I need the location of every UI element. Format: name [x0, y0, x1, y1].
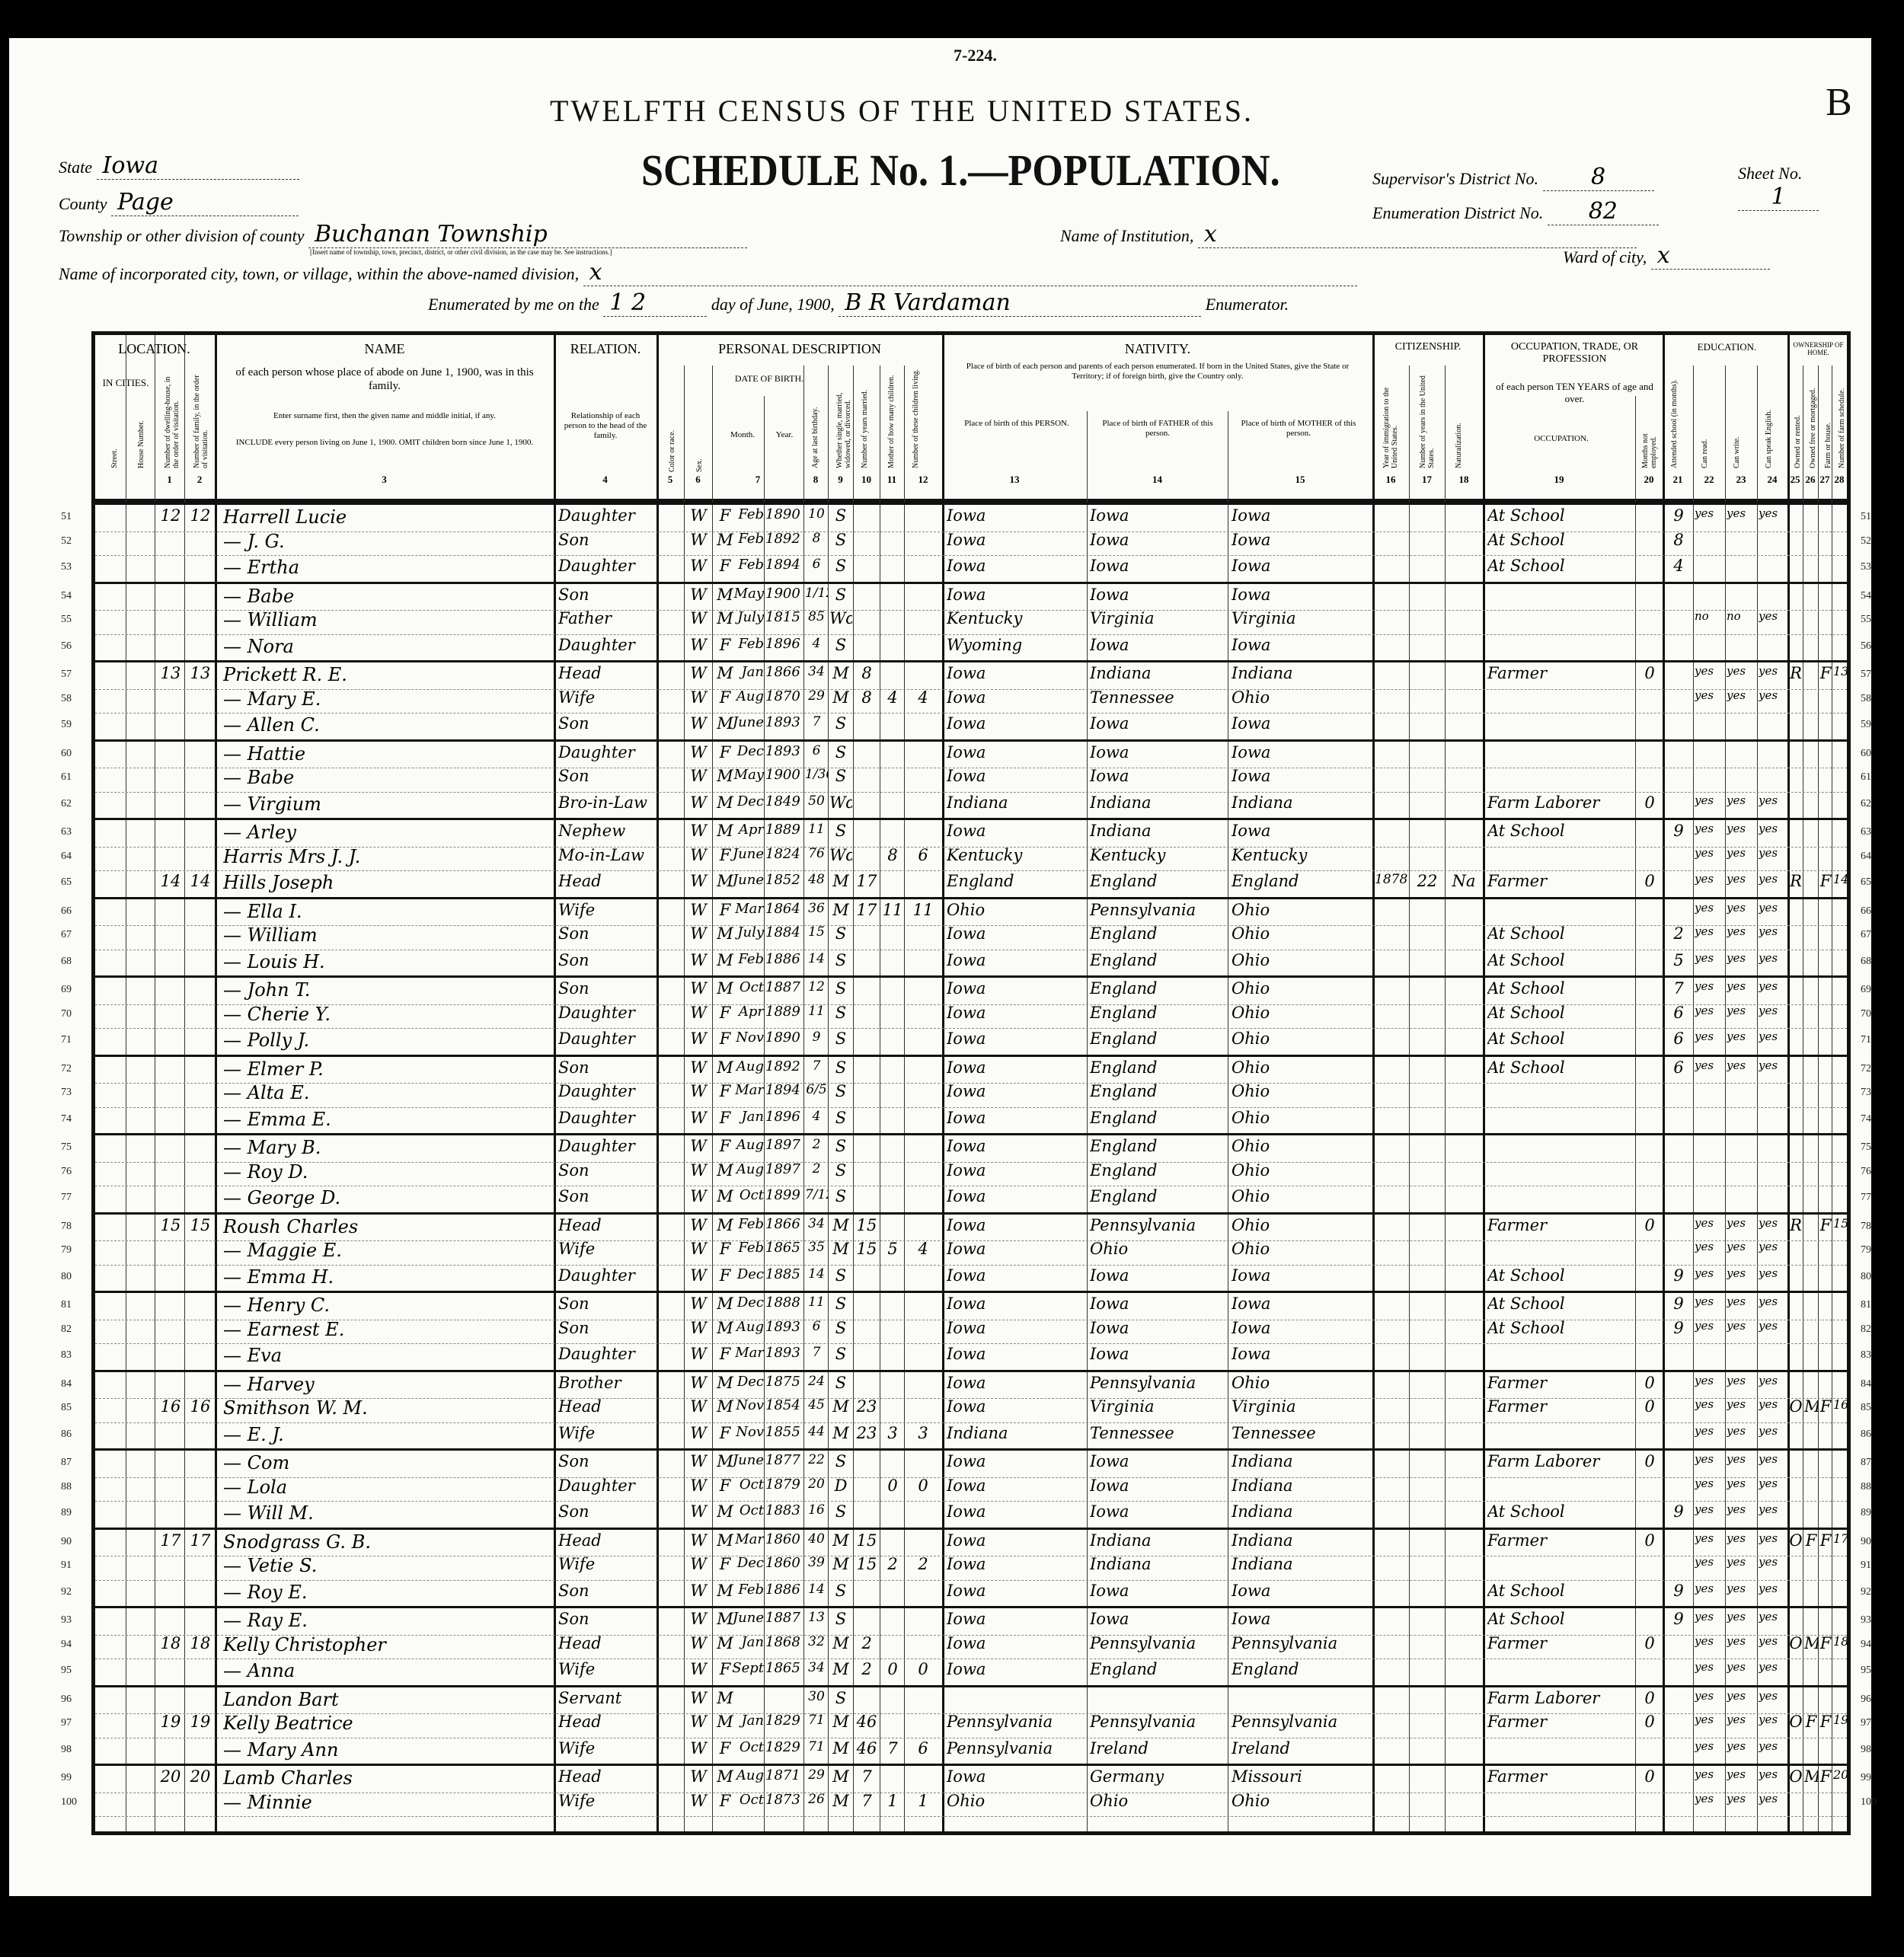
table-row: 53 — Ertha Daughter W F Feb 1894 6 S Iow…	[95, 555, 1847, 583]
birthplace-mother: Indiana	[1232, 1477, 1372, 1495]
birthplace-father: Iowa	[1090, 586, 1227, 604]
can-speak: yes	[1759, 1792, 1787, 1805]
birthplace-person: Iowa	[947, 586, 1085, 604]
column-number: 28	[1832, 474, 1847, 486]
birthplace-father: England	[1090, 872, 1227, 890]
table-row: 93 — Ray E. Son W M June 1887 13 S Iowa …	[95, 1606, 1847, 1636]
years-married: 23	[855, 1397, 879, 1416]
birthplace-person: Iowa	[947, 1295, 1085, 1313]
table-header: LOCATION. IN CITIES. Street. House Numbe…	[95, 335, 1847, 503]
birthplace-father: Pennsylvania	[1090, 1216, 1227, 1234]
children-born: 3	[881, 1424, 904, 1442]
line-number-right: 96	[1861, 1694, 1871, 1706]
can-speak: yes	[1759, 872, 1787, 886]
color: W	[685, 1555, 711, 1573]
color: W	[685, 1792, 711, 1810]
relation: Son	[558, 1295, 656, 1313]
person-name: — Emma H.	[223, 1266, 551, 1288]
relation: Wife	[558, 1424, 656, 1442]
can-speak: yes	[1759, 1397, 1787, 1411]
column-number: 8	[803, 474, 828, 486]
dwelling-number: 19	[158, 1713, 184, 1731]
birth-year: 1894	[765, 1082, 803, 1098]
can-write: yes	[1727, 1216, 1757, 1230]
birthplace-person: Iowa	[947, 1374, 1085, 1392]
color: W	[685, 743, 711, 761]
marital-status: S	[829, 1266, 852, 1285]
occupation: Farmer	[1487, 1634, 1634, 1652]
birth-year: 1860	[765, 1531, 803, 1547]
family-number: 18	[187, 1634, 214, 1652]
column-number: 24	[1757, 474, 1787, 486]
table-row: 95 — Anna Wife W F Sept 1865 34 M 2 0 0 …	[95, 1659, 1847, 1686]
table-row: 59 — Allen C. Son W M June 1893 7 S Iowa…	[95, 713, 1847, 740]
city-label: Name of incorporated city, town, or vill…	[59, 264, 579, 283]
relation: Son	[558, 1187, 656, 1205]
owned-rented-col: Owned or rented.	[1794, 366, 1802, 468]
age: 34	[805, 664, 828, 679]
age: 6	[805, 743, 828, 758]
birthplace-person: Iowa	[947, 1082, 1085, 1100]
person-name: — Babe	[223, 586, 551, 607]
school-months: 9	[1664, 1582, 1693, 1600]
dwelling-number: 15	[158, 1216, 184, 1234]
marital-status: S	[829, 1161, 852, 1180]
occupation: At School	[1487, 1030, 1634, 1048]
birthplace-mother: Virginia	[1232, 609, 1372, 627]
age: 76	[805, 846, 828, 861]
naturalization: Na	[1446, 872, 1481, 890]
school-months: 5	[1664, 951, 1693, 969]
birth-year: 1889	[765, 1004, 803, 1020]
age: 1/12	[805, 586, 828, 601]
relation: Son	[558, 979, 656, 998]
marital-status: S	[829, 1295, 852, 1313]
school-months: 9	[1664, 1610, 1693, 1628]
can-write: yes	[1727, 1319, 1757, 1333]
birthplace-mother: Ohio	[1232, 1216, 1372, 1234]
color: W	[685, 979, 711, 998]
line-number-left: 77	[61, 1192, 72, 1204]
birthplace-father: Indiana	[1090, 822, 1227, 840]
occupation: At School	[1487, 1004, 1634, 1022]
children-born: 2	[881, 1555, 904, 1573]
farm-house: F	[1819, 1713, 1832, 1731]
can-write: yes	[1727, 1374, 1757, 1387]
birthplace-mother: Iowa	[1232, 1345, 1372, 1363]
color: W	[685, 506, 711, 525]
can-read: yes	[1695, 1767, 1725, 1781]
birthplace-person: Kentucky	[947, 846, 1085, 864]
birthplace-father: Iowa	[1090, 1477, 1227, 1495]
age: 6/5	[805, 1082, 828, 1097]
table-row: 70 — Cherie Y. Daughter W F Apr 1889 11 …	[95, 1002, 1847, 1030]
line-number-left: 93	[61, 1614, 72, 1627]
occupation: Farmer	[1487, 1397, 1634, 1416]
birthplace-person: Iowa	[947, 1397, 1085, 1416]
relation: Head	[558, 1713, 656, 1731]
column-number: 11	[880, 474, 904, 486]
line-number-right: 87	[1861, 1457, 1871, 1469]
line-number-left: 63	[61, 826, 72, 838]
color: W	[685, 1058, 711, 1077]
table-row: 72 — Elmer P. Son W M Aug 1892 7 S Iowa …	[95, 1055, 1847, 1084]
age: 24	[805, 1374, 828, 1389]
can-read: yes	[1695, 1555, 1725, 1569]
birthplace-mother: Ohio	[1232, 901, 1372, 919]
birth-person-col: Place of birth of this PERSON.	[948, 419, 1085, 429]
relation: Mo-in-Law	[558, 846, 656, 864]
line-number-right: 76	[1861, 1166, 1871, 1178]
age: 32	[805, 1634, 828, 1649]
table-row: 94 18 18 Kelly Christopher Head W M Jan …	[95, 1633, 1847, 1660]
age: 9	[805, 1030, 828, 1045]
birthplace-mother: Iowa	[1232, 531, 1372, 549]
color: W	[685, 793, 711, 812]
age: 14	[805, 1582, 828, 1597]
birth-month: Sept	[718, 1660, 764, 1676]
birthplace-mother: Ohio	[1232, 1004, 1372, 1022]
relation: Wife	[558, 688, 656, 707]
table-row: 63 — Arley Nephew W M Apr 1889 11 S Iowa…	[95, 818, 1847, 848]
birthplace-father: Indiana	[1090, 1531, 1227, 1550]
can-speak: yes	[1759, 1739, 1787, 1753]
can-read: yes	[1695, 1374, 1725, 1387]
line-number-right: 75	[1861, 1141, 1871, 1154]
birth-month: Aug	[718, 1319, 764, 1335]
years-married: 15	[855, 1555, 879, 1573]
birth-year: 1897	[765, 1137, 803, 1153]
birthplace-father: England	[1090, 1161, 1227, 1180]
age: 2	[805, 1161, 828, 1176]
can-write: yes	[1727, 1397, 1757, 1411]
can-read: yes	[1695, 1452, 1725, 1466]
birthplace-person: Iowa	[947, 506, 1085, 525]
age: 7	[805, 1058, 828, 1074]
line-number-left: 71	[61, 1034, 72, 1046]
birth-month: Feb	[718, 951, 764, 967]
marital-status: M	[829, 1634, 852, 1652]
line-number-right: 53	[1861, 561, 1871, 573]
age: 6	[805, 557, 828, 572]
birth-year: 1886	[765, 951, 803, 967]
age: 29	[805, 688, 828, 704]
line-number-left: 61	[61, 771, 72, 784]
person-name: — Ertha	[223, 557, 551, 578]
line-number-left: 88	[61, 1481, 72, 1493]
birthplace-mother: Iowa	[1232, 636, 1372, 654]
birthplace-mother: Iowa	[1232, 1610, 1372, 1628]
years-married: 46	[855, 1713, 879, 1731]
column-number: 3	[215, 474, 554, 486]
birthplace-person: Iowa	[947, 531, 1085, 549]
age: 11	[805, 1004, 828, 1019]
marital-status: S	[829, 1345, 852, 1363]
birth-mother-col: Place of birth of MOTHER of this person.	[1230, 419, 1367, 439]
birthplace-father: England	[1090, 1109, 1227, 1127]
birthplace-father: Iowa	[1090, 1319, 1227, 1337]
table-row: 56 — Nora Daughter W F Feb 1896 4 S Wyom…	[95, 634, 1847, 662]
birthplace-father: Pennsylvania	[1090, 1634, 1227, 1652]
school-months: 9	[1664, 1295, 1693, 1313]
table-row: 77 — George D. Son W M Oct 1899 7/12 S I…	[95, 1186, 1847, 1213]
birthplace-mother: Indiana	[1232, 793, 1372, 812]
months-unemployed: 0	[1637, 1689, 1663, 1707]
relation: Son	[558, 586, 656, 604]
birthplace-person: Iowa	[947, 1319, 1085, 1337]
line-number-left: 82	[61, 1323, 72, 1336]
birthplace-person: Iowa	[947, 1767, 1085, 1786]
person-name: Kelly Christopher	[223, 1634, 551, 1655]
line-number-left: 72	[61, 1063, 72, 1075]
farm-schedule: 15	[1833, 1216, 1848, 1231]
birthplace-father: Indiana	[1090, 1555, 1227, 1573]
school-months: 6	[1664, 1030, 1693, 1048]
birth-month: Oct	[718, 1477, 764, 1492]
birth-month: Apr	[718, 822, 764, 838]
person-name: — Lola	[223, 1477, 551, 1498]
person-name: — William	[223, 924, 551, 946]
person-name: Snodgrass G. B.	[223, 1531, 551, 1553]
line-number-left: 84	[61, 1378, 72, 1390]
enumerated-field: Enumerated by me on the 1 2 day of June,…	[428, 289, 1289, 317]
city-field: Name of incorporated city, town, or vill…	[59, 259, 1357, 286]
birthplace-father: Pennsylvania	[1090, 1713, 1227, 1731]
column-number: 25	[1787, 474, 1803, 486]
years-married: 8	[855, 688, 879, 707]
relation: Wife	[558, 1739, 656, 1757]
years-in-us: 22	[1410, 872, 1444, 890]
line-number-left: 51	[61, 511, 72, 523]
immigration-col: Year of immigration to the United States…	[1382, 366, 1399, 468]
can-speak: yes	[1759, 1610, 1787, 1623]
age-col: Age at last birthday.	[811, 373, 819, 468]
institution-label: Name of Institution,	[1060, 226, 1193, 245]
column-number: 15	[1228, 474, 1372, 486]
can-speak: yes	[1759, 979, 1787, 993]
birthplace-father: Tennessee	[1090, 1424, 1227, 1442]
birthplace-mother: Ohio	[1232, 688, 1372, 707]
marital-status: M	[829, 872, 852, 890]
color: W	[685, 1502, 711, 1521]
birthplace-mother: Virginia	[1232, 1397, 1372, 1416]
birthplace-person: Iowa	[947, 767, 1085, 785]
can-write: yes	[1727, 688, 1757, 702]
months-unemployed: 0	[1637, 1634, 1663, 1652]
can-speak: yes	[1759, 506, 1787, 520]
line-number-right: 56	[1861, 640, 1871, 653]
occupation: Farmer	[1487, 1713, 1634, 1731]
birthplace-person: Iowa	[947, 1216, 1085, 1234]
table-row: 60 — Hattie Daughter W F Dec 1893 6 S Io…	[95, 739, 1847, 769]
occupation: Farm Laborer	[1487, 1689, 1634, 1707]
farm-schedule: 17	[1833, 1531, 1848, 1546]
birth-month: Aug	[718, 1161, 764, 1177]
line-number-left: 78	[61, 1221, 72, 1233]
color: W	[685, 557, 711, 575]
person-name: — Polly J.	[223, 1030, 551, 1051]
color: W	[685, 901, 711, 919]
relation: Head	[558, 1634, 656, 1652]
birthplace-father: Kentucky	[1090, 846, 1227, 864]
can-read: yes	[1695, 688, 1725, 702]
citizenship-group: CITIZENSHIP.	[1375, 341, 1481, 353]
owned-rented: O	[1789, 1767, 1803, 1786]
can-speak: yes	[1759, 1004, 1787, 1017]
nativity-desc: Place of birth of each person and parent…	[952, 362, 1363, 382]
birth-month: Aug	[718, 1058, 764, 1074]
school-months: 9	[1664, 1319, 1693, 1337]
birth-year: 1892	[765, 1058, 803, 1074]
birthplace-person: Indiana	[947, 793, 1085, 812]
birth-month: Jan	[718, 1109, 764, 1125]
can-read: yes	[1695, 1240, 1725, 1253]
months-unemployed: 0	[1637, 1216, 1663, 1234]
person-name: Roush Charles	[223, 1216, 551, 1237]
birth-month: Dec	[718, 743, 764, 759]
owned-rented: O	[1789, 1713, 1803, 1731]
birth-month: Dec	[718, 1266, 764, 1282]
birthplace-father: Iowa	[1090, 1266, 1227, 1285]
line-number-right: 51	[1861, 511, 1871, 523]
column-number: 27	[1818, 474, 1832, 486]
birthplace-father: England	[1090, 1058, 1227, 1077]
birthplace-father: Tennessee	[1090, 688, 1227, 707]
line-number-left: 62	[61, 798, 72, 810]
line-number-left: 56	[61, 640, 72, 653]
years-married: 8	[855, 664, 879, 682]
can-write: yes	[1727, 1030, 1757, 1043]
line-number-right: 90	[1861, 1536, 1871, 1548]
form-number: 7-224.	[954, 46, 997, 65]
line-number-left: 59	[61, 719, 72, 731]
birth-year: 1888	[765, 1295, 803, 1311]
age: 2	[805, 1137, 828, 1152]
marital-status: M	[829, 1424, 852, 1442]
marital-status: M	[829, 1240, 852, 1258]
age: 45	[805, 1397, 828, 1413]
color: W	[685, 1452, 711, 1470]
line-number-right: 99	[1861, 1772, 1871, 1784]
marital-status: S	[829, 1030, 852, 1048]
age: 13	[805, 1610, 828, 1625]
person-name: — George D.	[223, 1187, 551, 1208]
marital-status: S	[829, 1502, 852, 1521]
birthplace-person: Iowa	[947, 979, 1085, 998]
can-speak: yes	[1759, 1660, 1787, 1674]
birth-month: Feb	[718, 531, 764, 547]
birth-month: June	[718, 1452, 764, 1468]
birthplace-father: England	[1090, 1660, 1227, 1678]
township-label: Township or other division of county	[59, 226, 304, 245]
children-living: 1	[906, 1792, 941, 1810]
can-read: yes	[1695, 872, 1725, 886]
occupation: At School	[1487, 1582, 1634, 1600]
age: 36	[805, 901, 828, 916]
ward-label: Ward of city,	[1563, 247, 1647, 267]
marital-status: S	[829, 951, 852, 969]
birth-year: 1887	[765, 979, 803, 995]
person-name: — Mary E.	[223, 688, 551, 710]
relation: Son	[558, 1502, 656, 1521]
table-row: 81 — Henry C. Son W M Dec 1888 11 S Iowa…	[95, 1291, 1847, 1320]
age: 14	[805, 1266, 828, 1282]
birth-year: 1870	[765, 688, 803, 704]
person-name: — Roy D.	[223, 1161, 551, 1183]
can-read: yes	[1695, 664, 1725, 678]
farm-schedule: 16	[1833, 1397, 1848, 1412]
line-number-right: 86	[1861, 1429, 1871, 1441]
birth-year: 1855	[765, 1424, 803, 1440]
table-row: 62 — Virgium Bro-in-Law W M Dec 1849 50 …	[95, 792, 1847, 819]
birth-year: 1883	[765, 1502, 803, 1518]
line-number-left: 60	[61, 748, 72, 760]
farm-house: F	[1819, 1397, 1832, 1416]
color: W	[685, 872, 711, 890]
age: 40	[805, 1531, 828, 1547]
column-number: 22	[1693, 474, 1725, 486]
person-name: — Mary B.	[223, 1137, 551, 1158]
marital-status: M	[829, 1767, 852, 1786]
years-married: 15	[855, 1531, 879, 1550]
person-name: Harris Mrs J. J.	[223, 846, 551, 867]
table-row: 87 — Com Son W M June 1877 22 S Iowa Iow…	[95, 1448, 1847, 1478]
birth-month: July	[718, 924, 764, 940]
line-number-left: 81	[61, 1299, 72, 1311]
children-living: 3	[906, 1424, 941, 1442]
can-write: yes	[1727, 1424, 1757, 1438]
sheet-letter: B	[1826, 80, 1852, 125]
months-unemployed: 0	[1637, 1452, 1663, 1470]
line-number-right: 92	[1861, 1586, 1871, 1598]
marital-status: S	[829, 586, 852, 604]
children-living: 0	[906, 1660, 941, 1678]
color: W	[685, 1137, 711, 1155]
color: W	[685, 1660, 711, 1678]
occupation: Farm Laborer	[1487, 1452, 1634, 1470]
color: W	[685, 951, 711, 969]
can-speak: yes	[1759, 1319, 1787, 1333]
column-number: 20	[1635, 474, 1663, 486]
table-row: 76 — Roy D. Son W M Aug 1897 2 S Iowa En…	[95, 1160, 1847, 1187]
can-write: yes	[1727, 664, 1757, 678]
birth-month: May	[718, 586, 764, 602]
line-number-right: 66	[1861, 905, 1871, 918]
relation: Wife	[558, 1792, 656, 1810]
farm-house: F	[1819, 1767, 1832, 1786]
marital-status: S	[829, 531, 852, 549]
color: W	[685, 1030, 711, 1048]
birthplace-mother: Indiana	[1232, 1531, 1372, 1550]
line-number-right: 68	[1861, 956, 1871, 968]
column-number: 6	[684, 474, 712, 486]
column-number: 16	[1372, 474, 1409, 486]
marital-status: S	[829, 767, 852, 785]
birthplace-person: Iowa	[947, 951, 1085, 969]
sheet-field: Sheet No. 1	[1738, 164, 1819, 211]
free-mortgaged: F	[1804, 1531, 1818, 1550]
relation: Daughter	[558, 1345, 656, 1363]
relation: Wife	[558, 1240, 656, 1258]
can-speak: yes	[1759, 793, 1787, 807]
can-read: yes	[1695, 1295, 1725, 1308]
birth-year: 1868	[765, 1634, 803, 1650]
enumeration-district-field: Enumeration District No. 82	[1372, 198, 1659, 225]
can-read: yes	[1695, 979, 1725, 993]
color: W	[685, 1531, 711, 1550]
years-married: 17	[855, 901, 879, 919]
column-number: 2	[184, 474, 215, 486]
